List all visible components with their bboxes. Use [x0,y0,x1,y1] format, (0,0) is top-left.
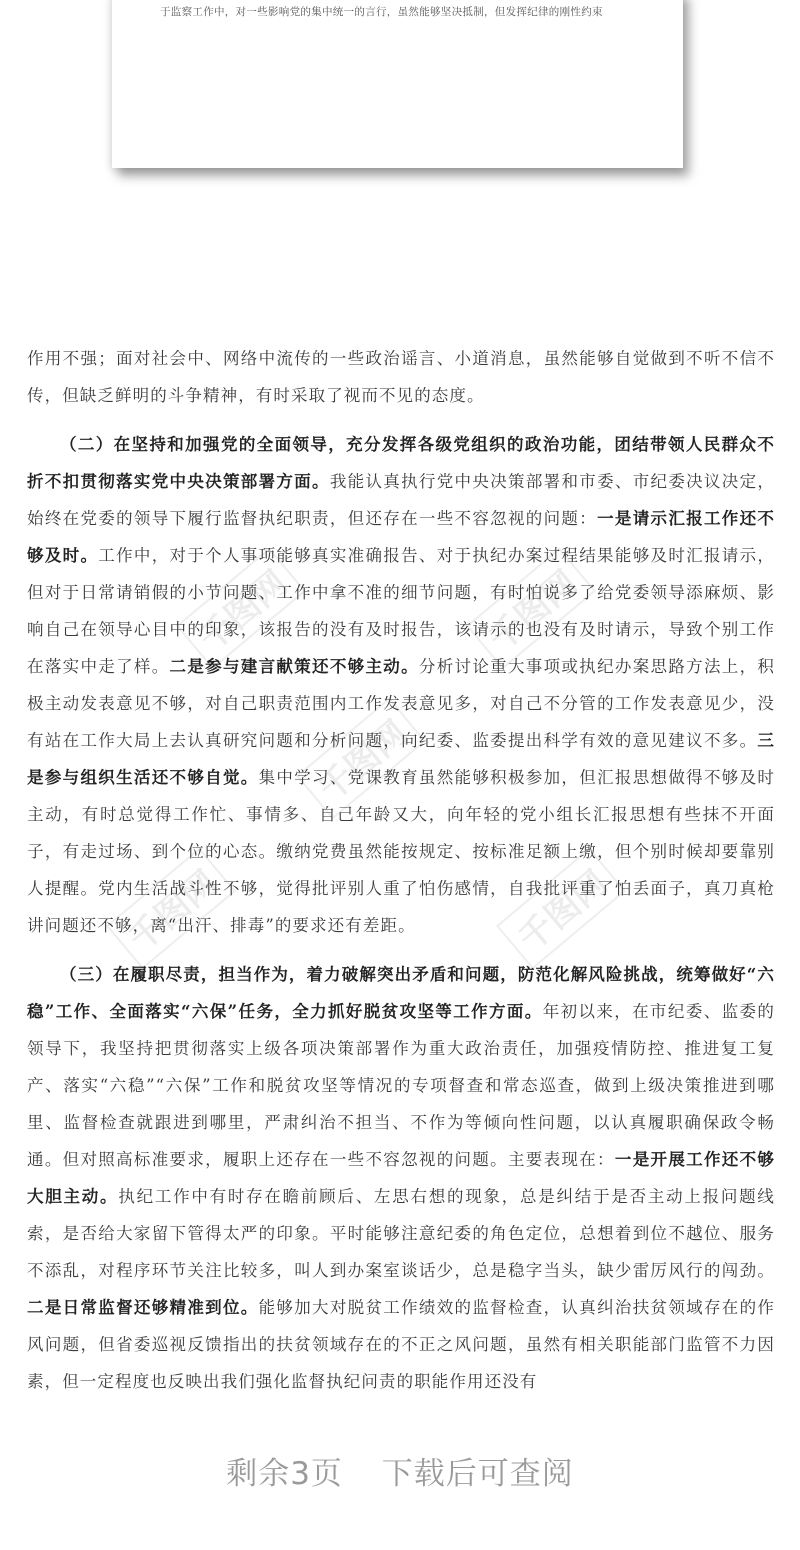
download-to-read-banner[interactable]: 剩余3页 下载后可查阅 [0,1448,800,1493]
text-segment: 年初以来，在市纪委、监委的领导下，我坚持把贯彻落实上级各项决策部署作为重大政治责… [27,1002,775,1169]
preview-text-line: 于监察工作中，对一些影响党的集中统一的言行，虽然能够坚决抵制，但发挥纪律的刚性约… [160,4,603,19]
paragraph-3: （三）在履职尽责，担当作为，着力破解突出矛盾和问题，防范化解风险挑战，统筹做好“… [27,956,775,1400]
preview-page-card: 于监察工作中，对一些影响党的集中统一的言行，虽然能够坚决抵制，但发挥纪律的刚性约… [112,0,683,168]
text-segment: 作用不强；面对社会中、网络中流传的一些政治谣言、小道消息，虽然能够自觉做到不听不… [27,349,775,405]
remaining-pages-label: 剩余3页 [226,1456,343,1492]
text-segment: 执纪工作中有时存在瞻前顾后、左思右想的现象，总是纠结于是否主动上报问题线索，是否… [27,1187,775,1280]
document-body: 作用不强；面对社会中、网络中流传的一些政治谣言、小道消息，虽然能够自觉做到不听不… [27,340,775,1412]
paragraph-2: （二）在坚持和加强党的全面领导，充分发挥各级党组织的政治功能，团结带领人民群众不… [27,426,775,944]
paragraph-1: 作用不强；面对社会中、网络中流传的一些政治谣言、小道消息，虽然能够自觉做到不听不… [27,340,775,414]
text-segment: 集中学习、党课教育虽然能够积极参加，但汇报思想做得不够及时主动，有时总觉得工作忙… [27,768,775,935]
issue-heading: 二是日常监督还够精准到位。 [27,1298,259,1317]
download-hint-label: 下载后可查阅 [382,1456,574,1492]
issue-heading: 二是参与建言献策还不够主动。 [170,657,419,676]
